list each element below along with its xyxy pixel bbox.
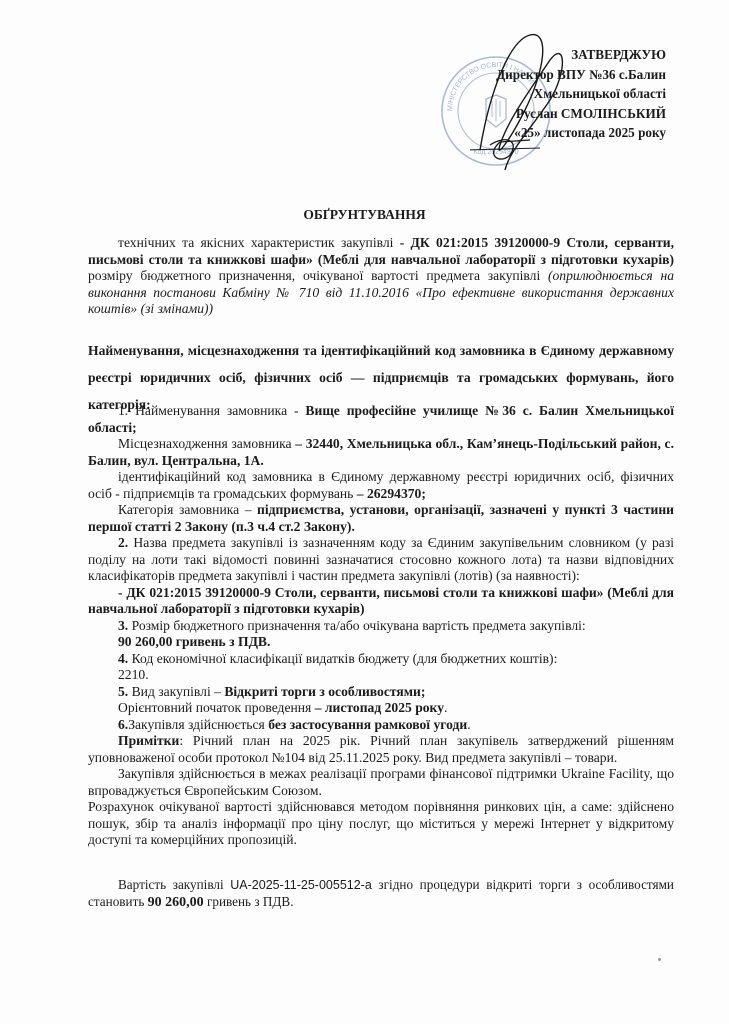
section-4-text: Код економічної класифікації видатків бю… (128, 651, 557, 666)
framework-note: без застосування рамкової угоди (268, 717, 467, 732)
document-page: МІНІСТЕРСТВО ОСВІТИ І НАУКИ Код 26294370… (0, 0, 729, 1024)
section-1: 1. Найменування замовника - Вище професі… (88, 403, 674, 436)
approval-date: «25» листопада 2025 року (496, 123, 666, 143)
approval-block: ЗАТВЕРДЖУЮ Директор ВПУ №36 с.Балин Хмел… (496, 45, 666, 143)
notes-label: Примітки (118, 733, 179, 748)
cost-currency: гривень з ПДВ. (204, 894, 294, 909)
section-4-value: 2210. (88, 667, 674, 684)
procurement-subject: - ДК 021:2015 39120000-9 Столи, серванти… (88, 585, 674, 617)
calculation-note: Розрахунок очікуваної вартості здійснюва… (88, 799, 674, 849)
procurement-type: Відкриті торги з особливостями; (224, 684, 425, 699)
notes: Примітки: Річний план на 2025 рік. Річни… (88, 733, 674, 766)
section-6-end: . (467, 717, 470, 732)
section-6-number: 6. (118, 717, 128, 732)
facility-note: Закупівля здійснюється в межах реалізаці… (88, 766, 674, 799)
approval-region: Хмельницької області (496, 84, 666, 104)
section-4: 4. Код економічної класифікації видатків… (88, 651, 674, 668)
category-label: Категорія замовника – (118, 502, 257, 517)
section-2-number: 2. (118, 535, 128, 550)
economic-code: 2210. (118, 667, 149, 682)
section-5: 5. Вид закупівлі – Відкриті торги з особ… (88, 684, 674, 701)
section-4-number: 4. (118, 651, 128, 666)
section-2: 2. Назва предмета закупівлі із зазначенн… (88, 535, 674, 585)
section-2-value: - ДК 021:2015 39120000-9 Столи, серванти… (88, 585, 674, 618)
cost-amount: 90 260,00 (148, 895, 204, 910)
cost-statement: Вартість закупівлі UA-2025-11-25-005512-… (88, 877, 674, 911)
approval-position: Директор ВПУ №36 с.Балин (496, 65, 666, 85)
start-end: . (444, 700, 447, 715)
section-6: 6.Закупівля здійснюється без застосуванн… (88, 717, 674, 734)
start-date: – листопад 2025 року (315, 700, 444, 715)
section-5-text: Вид закупівлі – (128, 684, 224, 699)
section-3-number: 3. (118, 618, 128, 633)
section-code: ідентифікаційний код замовника в Єдиному… (88, 469, 674, 502)
start-label: Орієнтовний початок проведення (118, 700, 315, 715)
intro-paragraph: технічних та якісних характеристик закуп… (88, 235, 674, 318)
approval-heading: ЗАТВЕРДЖУЮ (496, 45, 666, 65)
section-2-text: Назва предмета закупівлі із зазначенням … (88, 535, 674, 583)
location-label: Місцезнаходження замовника (118, 436, 295, 451)
procurement-id: UA-2025-11-25-005512-a (230, 878, 372, 892)
document-title: ОБҐРУНТУВАННЯ (0, 207, 729, 223)
intro-text-2: розміру бюджетного призначення, очікуван… (88, 268, 548, 283)
sections: 1. Найменування замовника - Вище професі… (88, 403, 674, 849)
section-3-value: 90 260,00 гривень з ПДВ. (88, 634, 674, 651)
section-5-number: 5. (118, 684, 128, 699)
customer-code: – 26294370; (357, 486, 426, 501)
expected-cost: 90 260,00 гривень з ПДВ. (118, 634, 270, 649)
approval-signatory: Руслан СМОЛІНСЬКИЙ (496, 104, 666, 124)
intro-text: технічних та якісних характеристик закуп… (118, 235, 400, 250)
section-start: Орієнтовний початок проведення – листопа… (88, 700, 674, 717)
scan-artifact (658, 958, 661, 961)
section-location: Місцезнаходження замовника – 32440, Хмел… (88, 436, 674, 469)
section-6-text: Закупівля здійснюється (128, 717, 268, 732)
section-category: Категорія замовника – підприємства, уста… (88, 502, 674, 535)
section-3: 3. Розмір бюджетного призначення та/або … (88, 618, 674, 635)
section-1-label: 1. Найменування замовника - (118, 403, 305, 418)
section-3-text: Розмір бюджетного призначення та/або очі… (128, 618, 585, 633)
cost-label: Вартість закупівлі (118, 877, 230, 892)
